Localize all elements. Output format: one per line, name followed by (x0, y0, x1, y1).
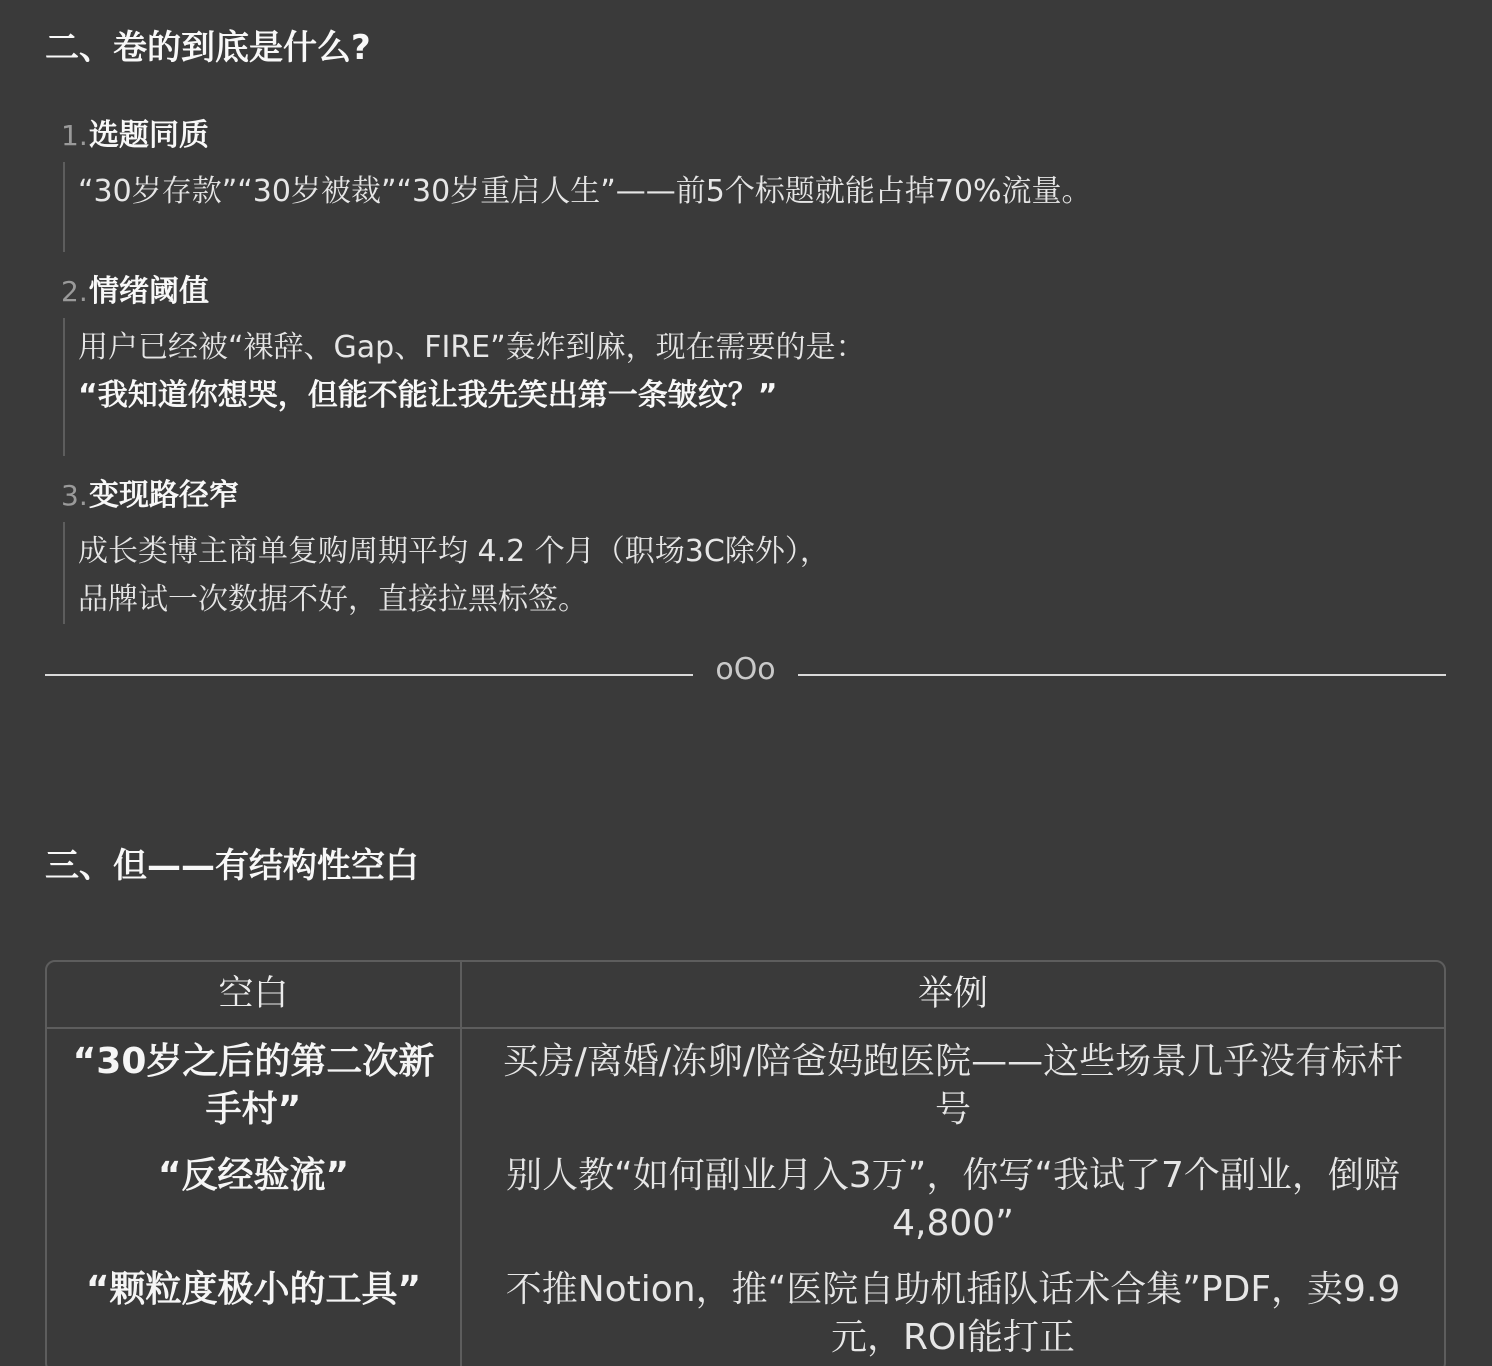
list-item-paragraph: “30岁存款”“30岁被裁”“30岁重启人生”——前5个标题就能占掉70%流量。 (78, 168, 1446, 216)
divider-line-right (798, 674, 1446, 676)
table-header-row: 空白 举例 (47, 962, 1444, 1029)
list-item-paragraph: 成长类博主商单复购周期平均 4.2 个月（职场3C除外）， (78, 528, 1446, 576)
list-item-title: 选题同质 (89, 118, 209, 154)
list-item-number: 3. (61, 478, 89, 514)
table-row: “颗粒度极小的工具” 不推Notion，推“医院自助机插队话术合集”PDF，卖9… (47, 1257, 1444, 1366)
list-item: 1. 选题同质 “30岁存款”“30岁被裁”“30岁重启人生”——前5个标题就能… (45, 118, 1446, 252)
list-item-title: 变现路径窄 (89, 478, 239, 514)
list-item-number: 2. (61, 274, 89, 310)
list-item-number: 1. (61, 118, 89, 154)
divider-line-left (45, 674, 693, 676)
table-header-blank: 空白 (47, 962, 462, 1029)
list-item-body: 成长类博主商单复购周期平均 4.2 个月（职场3C除外）， 品牌试一次数据不好，… (63, 522, 1446, 624)
list-item-head: 3. 变现路径窄 (45, 478, 1446, 514)
table-cell-example: 别人教“如何副业月入3万”，你写“我试了7个副业，倒赔4,800” (462, 1143, 1444, 1257)
table-row: “反经验流” 别人教“如何副业月入3万”，你写“我试了7个副业，倒赔4,800” (47, 1143, 1444, 1257)
divider-label: oOo (693, 655, 797, 685)
list-item: 3. 变现路径窄 成长类博主商单复购周期平均 4.2 个月（职场3C除外）， 品… (45, 478, 1446, 624)
list-item-head: 1. 选题同质 (45, 118, 1446, 154)
table-cell-example: 买房/离婚/冻卵/陪爸妈跑医院——这些场景几乎没有标杆号 (462, 1029, 1444, 1143)
document-page: 二、卷的到底是什么? 1. 选题同质 “30岁存款”“30岁被裁”“30岁重启人… (0, 0, 1492, 1366)
table-cell-blank: “30岁之后的第二次新手村” (47, 1029, 462, 1143)
list-item-body: “30岁存款”“30岁被裁”“30岁重启人生”——前5个标题就能占掉70%流量。 (63, 162, 1446, 252)
table-cell-blank: “颗粒度极小的工具” (47, 1257, 462, 1366)
structural-blank-table: 空白 举例 “30岁之后的第二次新手村” 买房/离婚/冻卵/陪爸妈跑医院——这些… (45, 960, 1446, 1366)
table-cell-blank: “反经验流” (47, 1143, 462, 1257)
table-row: “30岁之后的第二次新手村” 买房/离婚/冻卵/陪爸妈跑医院——这些场景几乎没有… (47, 1029, 1444, 1143)
list-item-title: 情绪阈值 (89, 274, 209, 310)
list-item-head: 2. 情绪阈值 (45, 274, 1446, 310)
section-two-heading: 二、卷的到底是什么? (45, 28, 1446, 69)
list-item-paragraph: 用户已经被“裸辞、Gap、FIRE”轰炸到麻，现在需要的是： (78, 324, 1446, 372)
table-cell-example: 不推Notion，推“医院自助机插队话术合集”PDF，卖9.9元，ROI能打正 (462, 1257, 1444, 1366)
section-divider: oOo (45, 660, 1446, 690)
list-item: 2. 情绪阈值 用户已经被“裸辞、Gap、FIRE”轰炸到麻，现在需要的是： “… (45, 274, 1446, 456)
list-item-body: 用户已经被“裸辞、Gap、FIRE”轰炸到麻，现在需要的是： “我知道你想哭，但… (63, 318, 1446, 456)
section-three-heading: 三、但——有结构性空白 (45, 846, 1446, 887)
table-header-example: 举例 (462, 962, 1444, 1029)
numbered-list: 1. 选题同质 “30岁存款”“30岁被裁”“30岁重启人生”——前5个标题就能… (45, 118, 1446, 624)
list-item-paragraph: 品牌试一次数据不好，直接拉黑标签。 (78, 576, 1446, 624)
list-item-paragraph: “我知道你想哭，但能不能让我先笑出第一条皱纹？” (78, 372, 1446, 420)
